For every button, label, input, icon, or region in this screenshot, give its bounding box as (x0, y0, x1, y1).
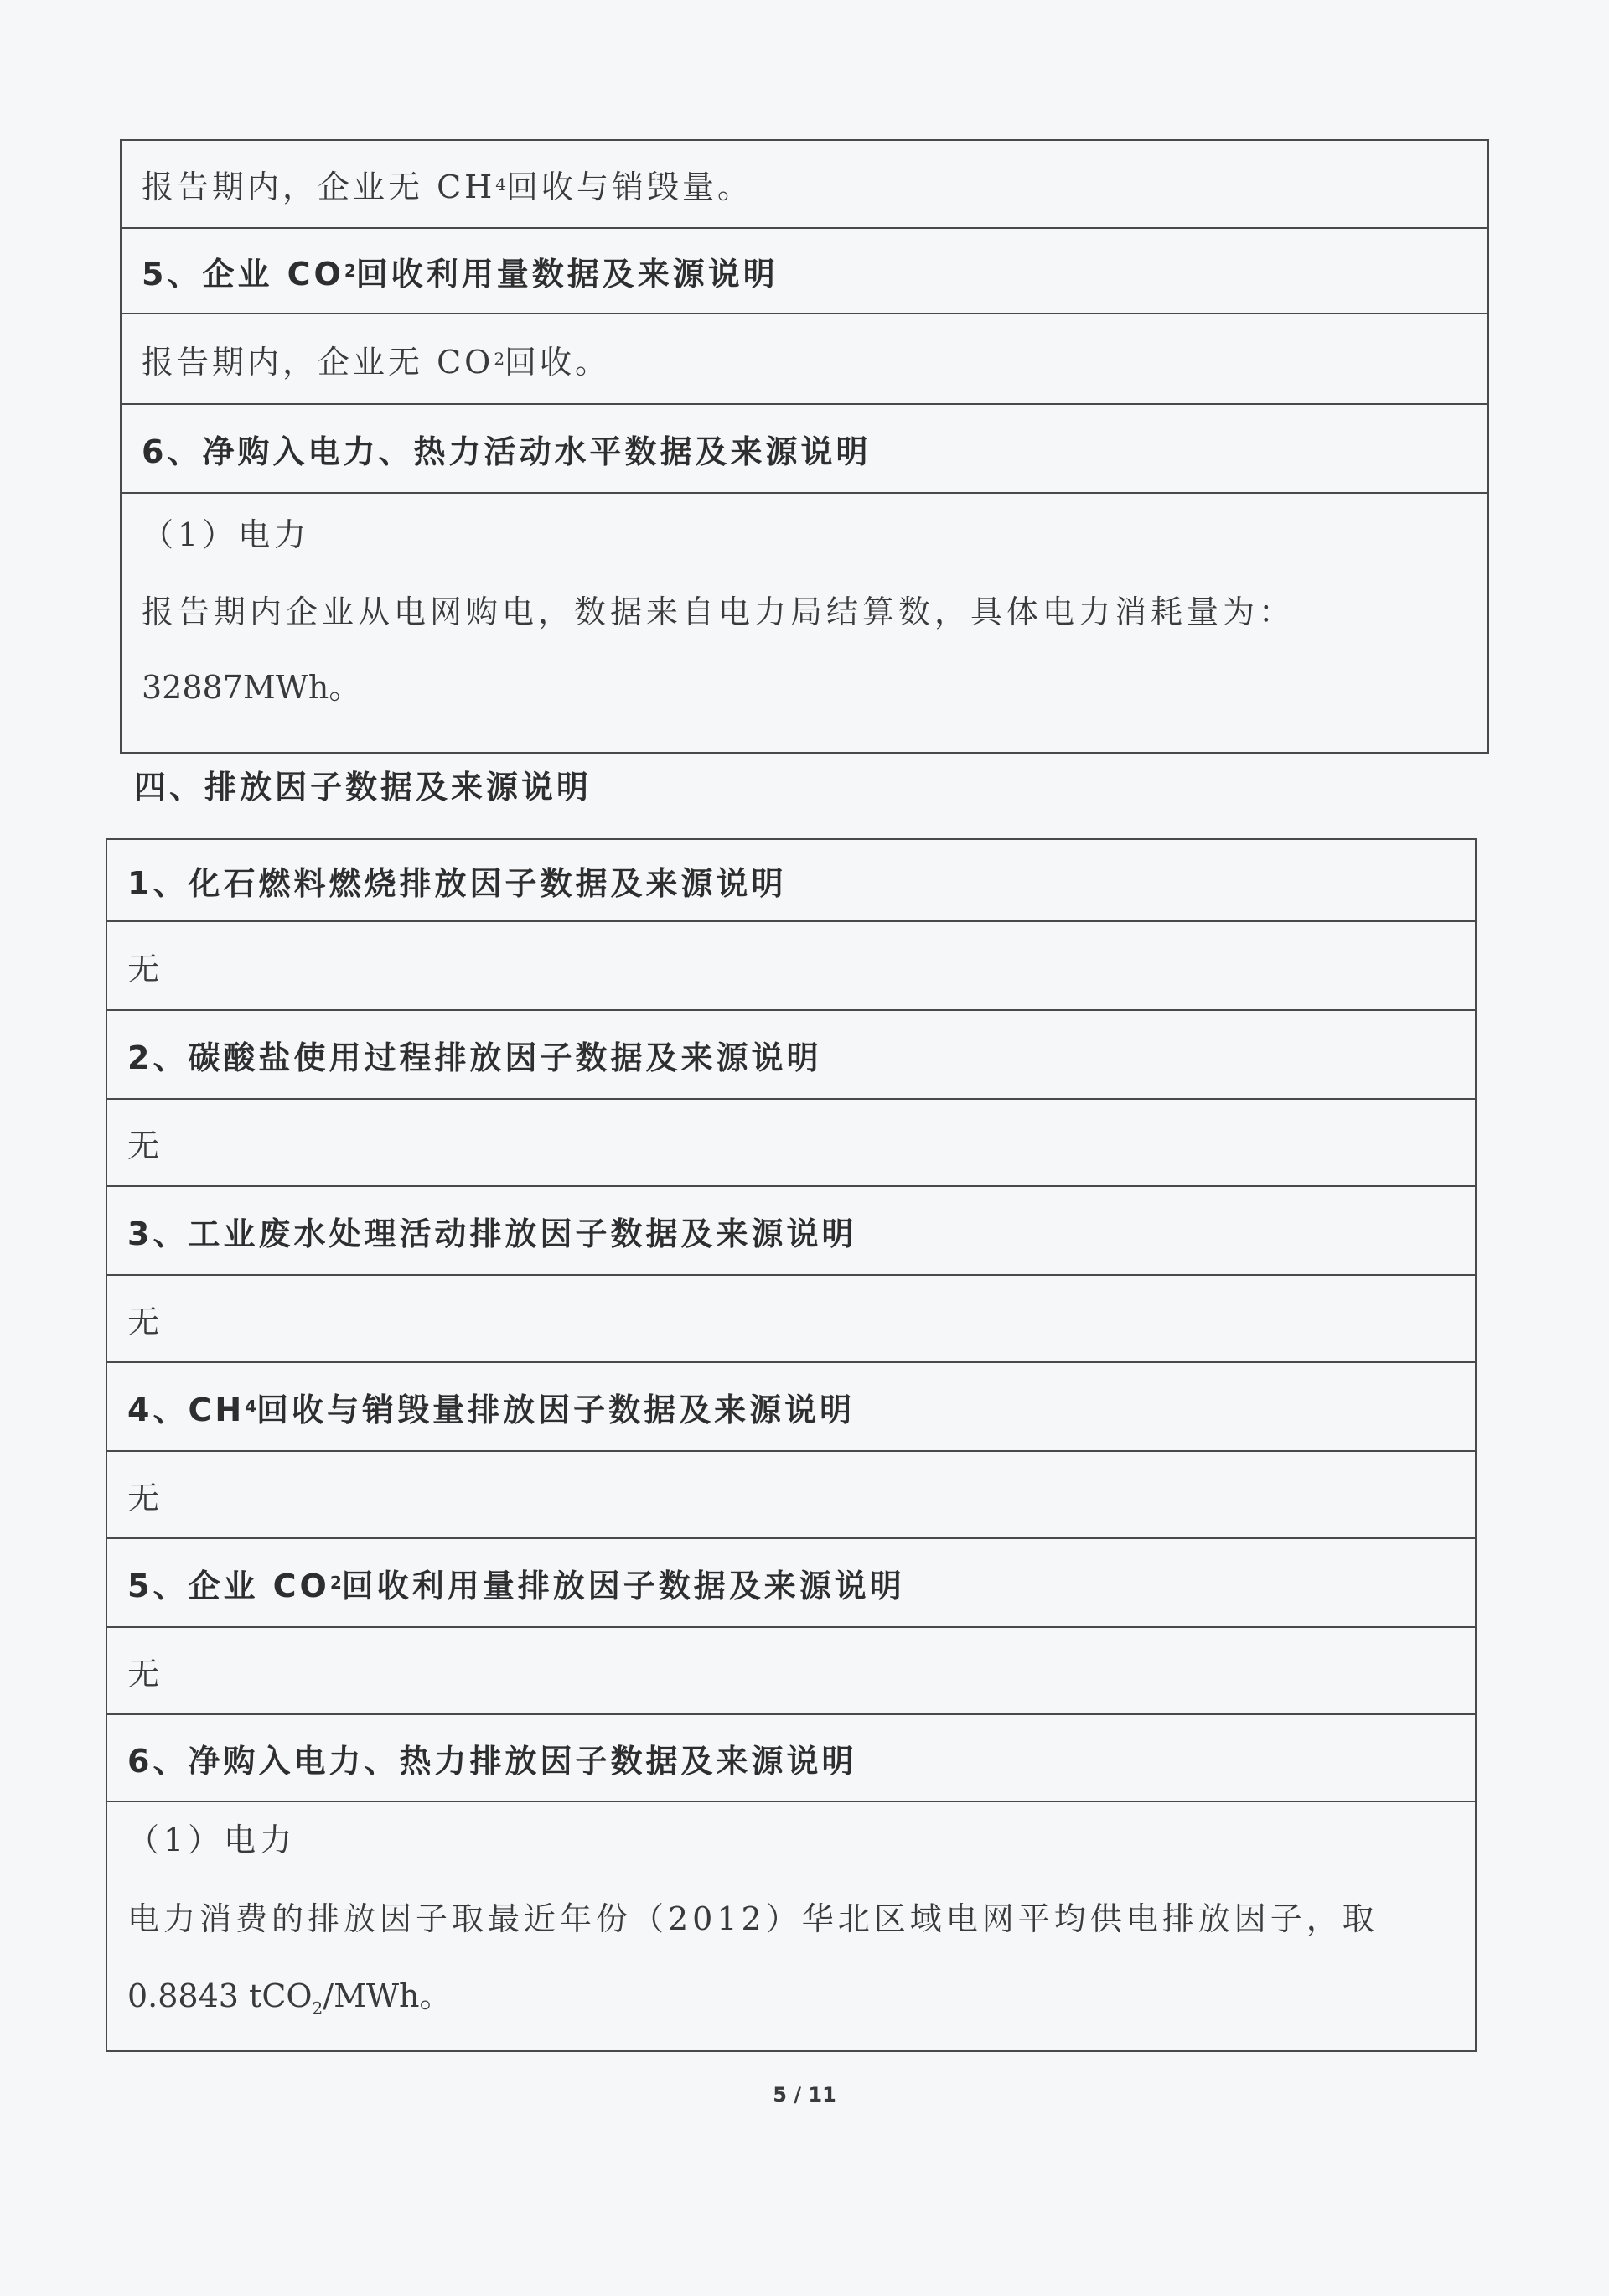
row-text: 报告期内，企业无 CO (142, 336, 494, 382)
row-text: 6、净购入电力、热力排放因子数据及来源说明 (127, 1735, 856, 1781)
electricity-factor-cell: （1）电力 电力消费的排放因子取最近年份（2012）华北区域电网平均供电排放因子… (107, 1801, 1475, 2050)
section-4-title: 四、排放因子数据及来源说明 (134, 761, 592, 807)
emission-factor-description: 电力消费的排放因子取最近年份（2012）华北区域电网平均供电排放因子，取 (127, 1893, 1379, 1939)
carbonate-factor-value: 无 (107, 1098, 1475, 1185)
subscript: 2 (330, 1573, 342, 1593)
ch4-factor-heading: 4、CH4 回收与销毁量排放因子数据及来源说明 (107, 1361, 1475, 1450)
co2-recovery-factor-value: 无 (107, 1626, 1475, 1713)
row-text: 1、化石燃料燃烧排放因子数据及来源说明 (127, 858, 786, 904)
page-number: 5 / 11 (0, 2083, 1609, 2107)
row-text: 报告期内，企业无 CH (142, 161, 495, 207)
fossil-fuel-factor-value: 无 (107, 920, 1475, 1009)
subscript: 4 (495, 174, 506, 194)
ch4-recovery-statement: 报告期内，企业无 CH4 回收与销毁量。 (122, 141, 1487, 227)
row-text: 无 (127, 1648, 163, 1694)
co2-recovery-heading: 5、企业 CO2 回收利用量数据及来源说明 (122, 227, 1487, 313)
factor-unit: /MWh。 (323, 1977, 451, 2014)
row-text: 无 (127, 1120, 163, 1166)
row-text: 回收利用量排放因子数据及来源说明 (342, 1560, 905, 1606)
subscript: 2 (313, 1998, 323, 2019)
row-text: 回收。 (504, 336, 610, 382)
row-text: 5、企业 CO (142, 248, 344, 294)
row-text: 3、工业废水处理活动排放因子数据及来源说明 (127, 1208, 856, 1254)
emission-factor-value: 0.8843 tCO2/MWh。 (127, 1970, 452, 2019)
factor-number: 0.8843 tCO (127, 1977, 313, 2014)
electricity-label: （1）电力 (142, 509, 310, 555)
electricity-consumption-value: 32887MWh。 (142, 661, 360, 707)
fossil-fuel-factor-heading: 1、化石燃料燃烧排放因子数据及来源说明 (107, 840, 1475, 920)
row-text: 2、碳酸盐使用过程排放因子数据及来源说明 (127, 1032, 821, 1078)
net-power-factor-heading: 6、净购入电力、热力排放因子数据及来源说明 (107, 1713, 1475, 1801)
row-text: 无 (127, 1296, 163, 1342)
row-text: 回收利用量数据及来源说明 (356, 248, 779, 294)
electricity-description: 报告期内企业从电网购电，数据来自电力局结算数，具体电力消耗量为： (142, 586, 1295, 632)
electricity-label: （1）电力 (127, 1814, 296, 1860)
subscript: 2 (344, 261, 356, 281)
co2-recovery-statement: 报告期内，企业无 CO2 回收。 (122, 313, 1487, 403)
row-text: 无 (127, 1472, 163, 1518)
emission-factor-table: 1、化石燃料燃烧排放因子数据及来源说明 无 2、碳酸盐使用过程排放因子数据及来源… (106, 838, 1477, 2052)
ch4-factor-value: 无 (107, 1450, 1475, 1537)
net-purchased-power-heading: 6、净购入电力、热力活动水平数据及来源说明 (122, 403, 1487, 492)
subscript: 4 (245, 1397, 256, 1417)
activity-data-table: 报告期内，企业无 CH4 回收与销毁量。 5、企业 CO2 回收利用量数据及来源… (120, 139, 1489, 754)
row-text: 6、净购入电力、热力活动水平数据及来源说明 (142, 426, 871, 472)
row-text: 回收与销毁量。 (506, 161, 753, 207)
row-text: 无 (127, 943, 163, 989)
electricity-activity-cell: （1）电力 报告期内企业从电网购电，数据来自电力局结算数，具体电力消耗量为： 3… (122, 492, 1487, 752)
row-text: 回收与销毁量排放因子数据及来源说明 (256, 1384, 855, 1430)
row-text: 4、CH (127, 1384, 245, 1430)
row-text: 5、企业 CO (127, 1560, 330, 1606)
subscript: 2 (494, 349, 504, 369)
wastewater-factor-value: 无 (107, 1274, 1475, 1361)
co2-recovery-factor-heading: 5、企业 CO2 回收利用量排放因子数据及来源说明 (107, 1537, 1475, 1626)
wastewater-factor-heading: 3、工业废水处理活动排放因子数据及来源说明 (107, 1185, 1475, 1274)
carbonate-factor-heading: 2、碳酸盐使用过程排放因子数据及来源说明 (107, 1009, 1475, 1098)
